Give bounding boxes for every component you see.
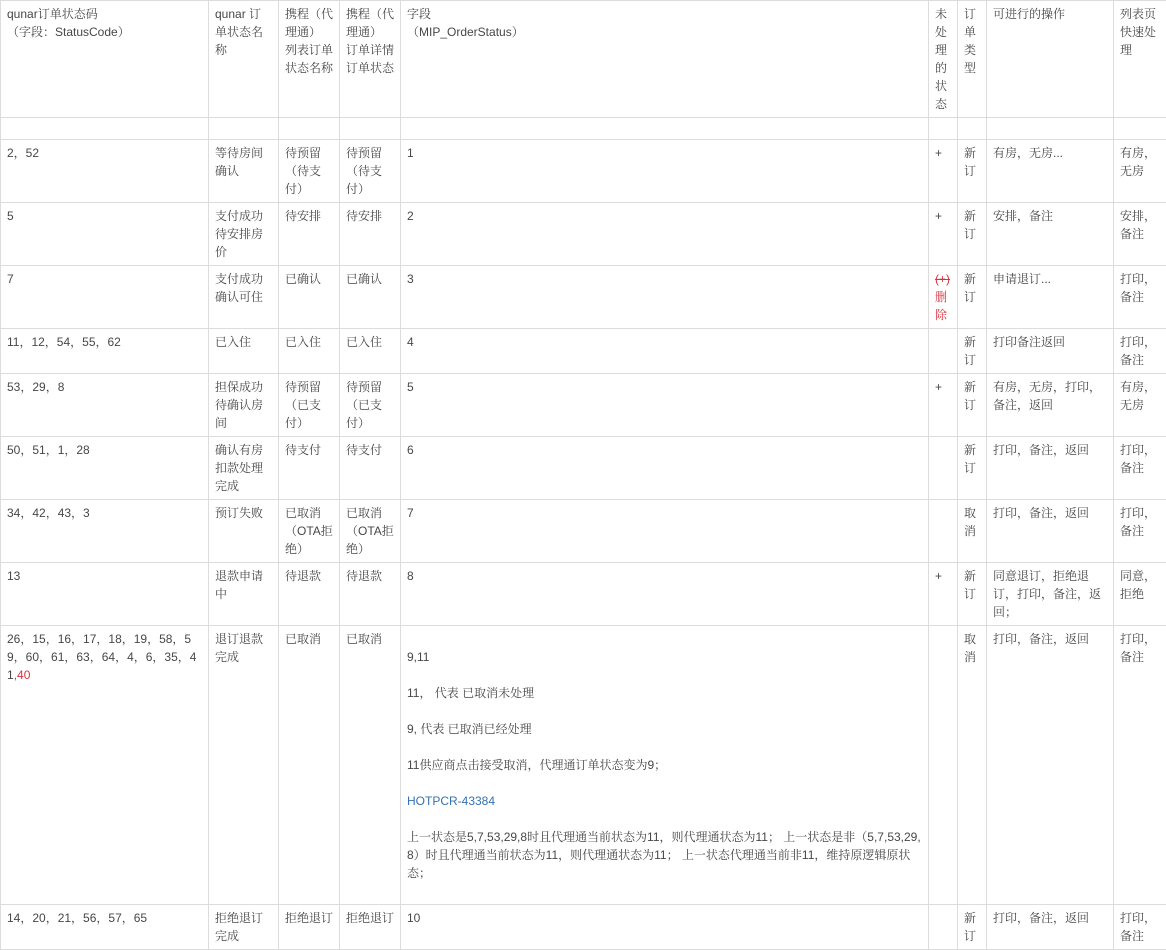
cell-unprocessed	[929, 329, 958, 374]
cell-qunar-status: 退款申请中	[209, 563, 279, 626]
empty-cell	[209, 118, 279, 140]
cell-operations: 打印，备注，返回	[987, 437, 1114, 500]
delete-annotation: 删除	[935, 290, 947, 322]
cell-mip-field: 2	[401, 203, 929, 266]
cell-ctrip-detail-status: 待支付	[340, 437, 401, 500]
cell-unprocessed: +	[929, 140, 958, 203]
cell-mip-field: 8	[401, 563, 929, 626]
table-row: 2，52 等待房间确认 待预留（待支付） 待预留（待支付） 1 + 新订 有房，…	[1, 140, 1166, 203]
mip-note-line: 11， 代表 已取消未处理	[407, 684, 923, 702]
table-row: 11，12，54，55，62 已入住 已入住 已入住 4 新订 打印备注返回 打…	[1, 329, 1166, 374]
cell-ctrip-detail-status: 已取消	[340, 626, 401, 905]
mip-note-line: 9, 代表 已取消已经处理	[407, 720, 923, 738]
cell-mip-field: 9,11 11， 代表 已取消未处理 9, 代表 已取消已经处理 11供应商点击…	[401, 626, 929, 905]
cell-ctrip-detail-status: 待预留（已支付）	[340, 374, 401, 437]
cell-ctrip-list-status: 已取消（OTA拒绝）	[279, 500, 340, 563]
cell-qunar-code: 14，20，21，56，57，65	[1, 905, 209, 950]
cell-operations: 打印，备注，返回	[987, 905, 1114, 950]
col-header-ctrip-detail-status: 携程（代理通） 订单详情订单状态	[340, 1, 401, 118]
cell-qunar-status: 确认有房扣款处理完成	[209, 437, 279, 500]
cell-operations: 安排，备注	[987, 203, 1114, 266]
code-list-red-suffix: ,40	[14, 668, 31, 682]
cell-quick-actions: 安排，备注	[1114, 203, 1166, 266]
cell-qunar-code: 5	[1, 203, 209, 266]
cell-qunar-code: 13	[1, 563, 209, 626]
cell-qunar-status: 退订退款完成	[209, 626, 279, 905]
cell-mip-field: 7	[401, 500, 929, 563]
cell-operations: 同意退订，拒绝退订，打印，备注，返回；	[987, 563, 1114, 626]
col-header-ctrip-list-status: 携程（代理通） 列表订单状态名称	[279, 1, 340, 118]
mip-note-line: 上一状态是5,7,53,29,8时且代理通当前状态为11，则代理通状态为11； …	[407, 828, 923, 882]
cell-qunar-code: 50，51，1，28	[1, 437, 209, 500]
cell-ctrip-list-status: 已入住	[279, 329, 340, 374]
cell-mip-field: 10	[401, 905, 929, 950]
cell-mip-field: 6	[401, 437, 929, 500]
order-status-mapping-table: qunar订单状态码 （字段：StatusCode） qunar 订单状态名称 …	[0, 0, 1166, 950]
cell-ctrip-list-status: 待退款	[279, 563, 340, 626]
cell-quick-actions: 打印，备注	[1114, 905, 1166, 950]
col-header-mip-field: 字段 （MIP_OrderStatus）	[401, 1, 929, 118]
cell-ctrip-detail-status: 已确认	[340, 266, 401, 329]
header-row: qunar订单状态码 （字段：StatusCode） qunar 订单状态名称 …	[1, 1, 1166, 118]
cell-operations: 有房，无房...	[987, 140, 1114, 203]
cell-operations: 有房，无房，打印，备注，返回	[987, 374, 1114, 437]
cell-order-type: 新订	[958, 905, 987, 950]
mip-note-line: 11供应商点击接受取消，代理通订单状态变为9；	[407, 756, 923, 774]
cell-quick-actions: 打印，备注	[1114, 500, 1166, 563]
cell-ctrip-list-status: 已取消	[279, 626, 340, 905]
table-row: 53，29，8 担保成功待确认房间 待预留（已支付） 待预留（已支付） 5 + …	[1, 374, 1166, 437]
cell-quick-actions: 有房，无房	[1114, 140, 1166, 203]
cell-ctrip-list-status: 已确认	[279, 266, 340, 329]
table-row: 13 退款申请中 待退款 待退款 8 + 新订 同意退订，拒绝退订，打印，备注，…	[1, 563, 1166, 626]
cell-mip-field: 3	[401, 266, 929, 329]
col-header-order-type: 订单类型	[958, 1, 987, 118]
cell-order-type: 新订	[958, 563, 987, 626]
cell-mip-field: 4	[401, 329, 929, 374]
empty-cell	[1, 118, 209, 140]
deleted-plus-annotation: (+)	[935, 272, 950, 286]
table-row: 7 支付成功确认可住 已确认 已确认 3 (+)删除 新订 申请退订... 打印…	[1, 266, 1166, 329]
empty-cell	[279, 118, 340, 140]
cell-qunar-code: 53，29，8	[1, 374, 209, 437]
cell-ctrip-detail-status: 待退款	[340, 563, 401, 626]
cell-ctrip-detail-status: 已入住	[340, 329, 401, 374]
cell-unprocessed: +	[929, 563, 958, 626]
cell-ctrip-list-status: 拒绝退订	[279, 905, 340, 950]
empty-cell	[340, 118, 401, 140]
col-header-operations: 可进行的操作	[987, 1, 1114, 118]
cell-unprocessed	[929, 500, 958, 563]
cell-operations: 打印，备注，返回	[987, 500, 1114, 563]
cell-qunar-code: 26，15，16，17，18，19，58，59，60，61，63，64，4，6，…	[1, 626, 209, 905]
col-header-qunar-code: qunar订单状态码 （字段：StatusCode）	[1, 1, 209, 118]
table-row: 50，51，1，28 确认有房扣款处理完成 待支付 待支付 6 新订 打印，备注…	[1, 437, 1166, 500]
cell-ctrip-detail-status: 待安排	[340, 203, 401, 266]
cell-order-type: 新订	[958, 203, 987, 266]
cell-order-type: 取消	[958, 626, 987, 905]
empty-cell	[401, 118, 929, 140]
cell-unprocessed: (+)删除	[929, 266, 958, 329]
spacer-row	[1, 118, 1166, 140]
cell-quick-actions: 打印，备注	[1114, 626, 1166, 905]
empty-cell	[958, 118, 987, 140]
cell-order-type: 新订	[958, 266, 987, 329]
col-header-quick-actions: 列表页快速处理	[1114, 1, 1166, 118]
cell-unprocessed: +	[929, 374, 958, 437]
empty-cell	[987, 118, 1114, 140]
table-row: 34，42，43，3 预订失败 已取消（OTA拒绝） 已取消（OTA拒绝） 7 …	[1, 500, 1166, 563]
mip-note-line: 9,11	[407, 648, 923, 666]
cell-unprocessed	[929, 626, 958, 905]
cell-qunar-status: 支付成功待安排房价	[209, 203, 279, 266]
cell-qunar-code: 7	[1, 266, 209, 329]
cell-order-type: 新订	[958, 329, 987, 374]
cell-qunar-status: 拒绝退订完成	[209, 905, 279, 950]
table-row: 26，15，16，17，18，19，58，59，60，61，63，64，4，6，…	[1, 626, 1166, 905]
cell-qunar-status: 预订失败	[209, 500, 279, 563]
cell-order-type: 新订	[958, 140, 987, 203]
cell-mip-field: 1	[401, 140, 929, 203]
table-row: 5 支付成功待安排房价 待安排 待安排 2 + 新订 安排，备注 安排，备注	[1, 203, 1166, 266]
cell-mip-field: 5	[401, 374, 929, 437]
cell-operations: 打印，备注，返回	[987, 626, 1114, 905]
cell-ctrip-list-status: 待支付	[279, 437, 340, 500]
cell-qunar-status: 已入住	[209, 329, 279, 374]
cell-order-type: 新订	[958, 374, 987, 437]
cell-ctrip-detail-status: 拒绝退订	[340, 905, 401, 950]
cell-unprocessed: +	[929, 203, 958, 266]
cell-quick-actions: 有房，无房	[1114, 374, 1166, 437]
cell-ctrip-detail-status: 已取消（OTA拒绝）	[340, 500, 401, 563]
cell-qunar-code: 2，52	[1, 140, 209, 203]
cell-qunar-status: 等待房间确认	[209, 140, 279, 203]
cell-quick-actions: 打印，备注	[1114, 329, 1166, 374]
cell-order-type: 取消	[958, 500, 987, 563]
cell-operations: 申请退订...	[987, 266, 1114, 329]
cell-ctrip-detail-status: 待预留（待支付）	[340, 140, 401, 203]
empty-cell	[1114, 118, 1166, 140]
jira-issue-link[interactable]: HOTPCR-43384	[407, 794, 495, 808]
cell-ctrip-list-status: 待预留（待支付）	[279, 140, 340, 203]
code-list: 26，15，16，17，18，19，58，59，60，61，63，64，4，6，…	[7, 632, 196, 682]
cell-operations: 打印备注返回	[987, 329, 1114, 374]
table-row: 14，20，21，56，57，65 拒绝退订完成 拒绝退订 拒绝退订 10 新订…	[1, 905, 1166, 950]
cell-qunar-status: 支付成功确认可住	[209, 266, 279, 329]
cell-ctrip-list-status: 待预留（已支付）	[279, 374, 340, 437]
cell-qunar-code: 11，12，54，55，62	[1, 329, 209, 374]
cell-quick-actions: 打印，备注	[1114, 266, 1166, 329]
cell-quick-actions: 打印，备注	[1114, 437, 1166, 500]
cell-unprocessed	[929, 905, 958, 950]
col-header-unprocessed: 未处理的状态	[929, 1, 958, 118]
empty-cell	[929, 118, 958, 140]
cell-order-type: 新订	[958, 437, 987, 500]
cell-ctrip-list-status: 待安排	[279, 203, 340, 266]
col-header-qunar-status: qunar 订单状态名称	[209, 1, 279, 118]
cell-qunar-code: 34，42，43，3	[1, 500, 209, 563]
cell-qunar-status: 担保成功待确认房间	[209, 374, 279, 437]
cell-unprocessed	[929, 437, 958, 500]
cell-quick-actions: 同意，拒绝	[1114, 563, 1166, 626]
